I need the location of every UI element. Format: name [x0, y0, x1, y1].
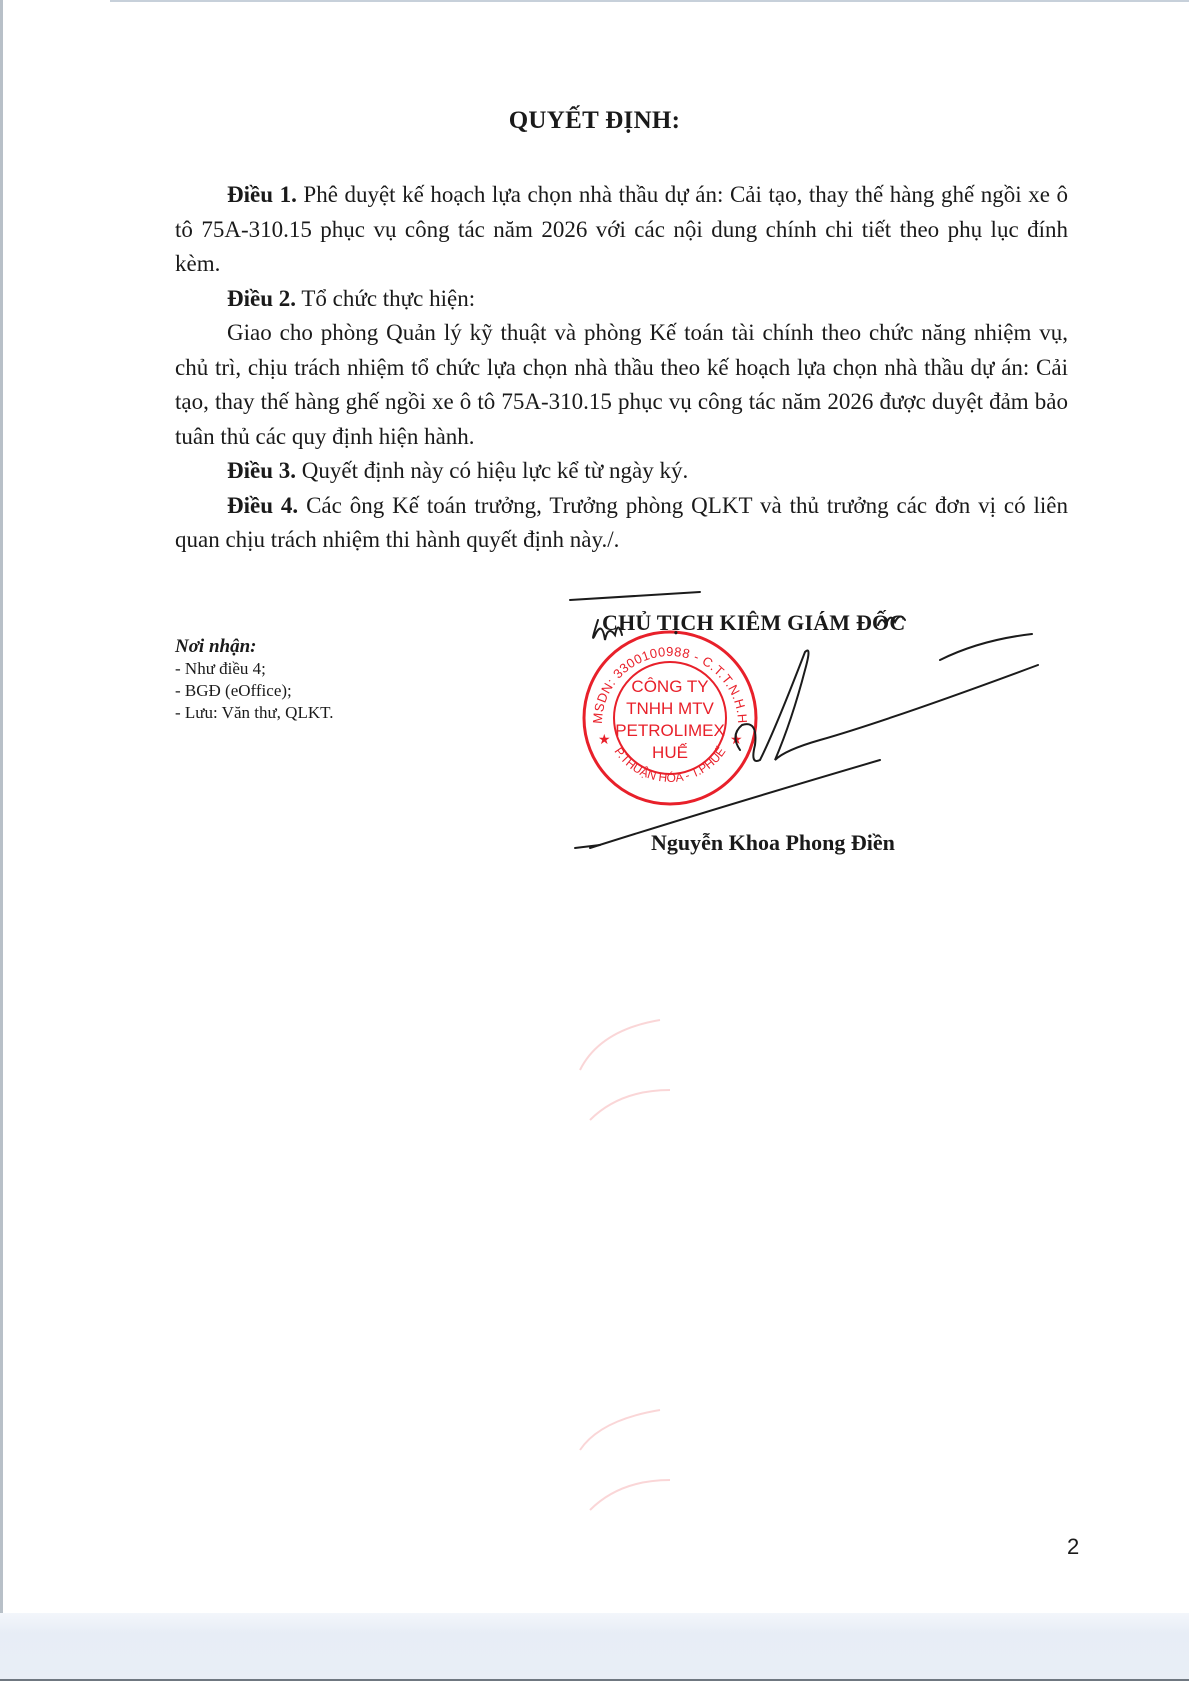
recipient-item: - BGĐ (eOffice);: [175, 680, 334, 702]
stamp-center-line: HUẾ: [652, 743, 688, 762]
article-4-text: Các ông Kế toán trưởng, Trưởng phòng QLK…: [175, 493, 1068, 553]
article-1-label: Điều 1.: [227, 182, 297, 207]
scan-edge-top: [110, 0, 1189, 2]
scan-edge-left: [0, 0, 3, 1681]
article-3-text: Quyết định này có hiệu lực kể từ ngày ký…: [302, 458, 688, 483]
decision-body: Điều 1. Phê duyệt kế hoạch lựa chọn nhà …: [175, 178, 1068, 558]
article-1: Điều 1. Phê duyệt kế hoạch lựa chọn nhà …: [175, 178, 1068, 282]
stamp-center-line: CÔNG TY: [631, 677, 708, 696]
signatory-name: Nguyễn Khoa Phong Điền: [651, 830, 895, 856]
recipients-heading: Nơi nhận:: [175, 636, 334, 658]
scan-bottom-band: [0, 1613, 1189, 1681]
recipient-item: - Như điều 4;: [175, 658, 334, 680]
decision-heading: QUYẾT ĐỊNH:: [0, 107, 1189, 135]
star-icon: ★: [598, 733, 611, 748]
article-4: Điều 4. Các ông Kế toán trưởng, Trưởng p…: [175, 489, 1068, 558]
article-2-text: Tổ chức thực hiện:: [301, 286, 475, 311]
company-stamp: MSDN: 3300100988 - C.T.T.N.H.H P.THUẬN H…: [580, 628, 760, 808]
recipient-item: - Lưu: Văn thư, QLKT.: [175, 702, 334, 724]
stamp-bleed-through: [560, 940, 720, 1140]
article-2-detail: Giao cho phòng Quản lý kỹ thuật và phòng…: [175, 316, 1068, 454]
article-4-label: Điều 4.: [227, 493, 298, 518]
star-icon: ★: [730, 733, 743, 748]
signatory-position: CHỦ TỊCH KIÊM GIÁM ĐỐC: [602, 610, 905, 636]
article-3: Điều 3. Quyết định này có hiệu lực kể từ…: [175, 454, 1068, 489]
article-3-label: Điều 3.: [227, 458, 296, 483]
article-1-text: Phê duyệt kế hoạch lựa chọn nhà thầu dự …: [175, 182, 1068, 276]
stamp-center-line: PETROLIMEX: [615, 721, 725, 740]
stamp-bleed-through: [560, 1340, 720, 1540]
page-number: 2: [1067, 1534, 1079, 1560]
recipients-block: Nơi nhận: - Như điều 4; - BGĐ (eOffice);…: [175, 636, 334, 724]
stamp-center-line: TNHH MTV: [626, 699, 714, 718]
article-2-label: Điều 2.: [227, 286, 296, 311]
article-2: Điều 2. Tổ chức thực hiện:: [175, 282, 1068, 317]
